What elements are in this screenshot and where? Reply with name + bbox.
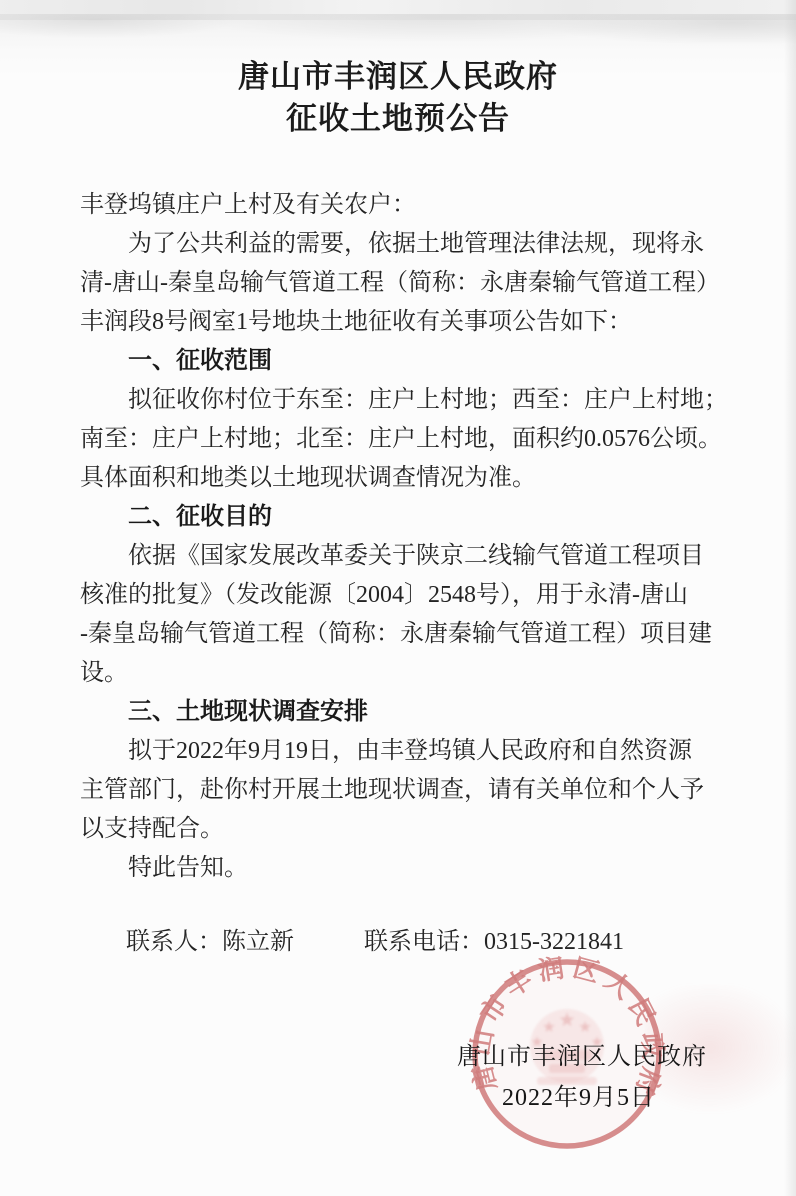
document-body: 丰登坞镇庄户上村及有关农户：为了公共利益的需要，依据土地管理法律法规，现将永清-… — [80, 186, 720, 888]
body-line: 特此告知。 — [80, 849, 720, 888]
body-line: 核准的批复》（发改能源〔2004〕2548号），用于永清-唐山 — [80, 576, 720, 615]
contact-person-label: 联系人： — [126, 929, 222, 955]
section-heading: 三、土地现状调查安排 — [80, 693, 720, 732]
issuer-signature: 唐山市丰润区人民政府 — [457, 1036, 707, 1071]
body-line: 拟于2022年9月19日，由丰登坞镇人民政府和自然资源 — [80, 732, 720, 771]
body-line: 具体面积和地类以土地现状调查情况为准。 — [80, 459, 720, 498]
body-line: 以支持配合。 — [80, 810, 720, 849]
contact-phone-number: 0315-3221841 — [484, 929, 624, 955]
scanned-document-page: 唐山市丰润区人民政府 征收土地预公告 丰登坞镇庄户上村及有关农户：为了公共利益的… — [0, 0, 796, 1196]
section-heading: 二、征收目的 — [80, 498, 720, 537]
body-line: 丰润段8号阀室1号地块土地征收有关事项公告如下： — [80, 303, 720, 342]
body-line: 依据《国家发展改革委关于陕京二线输气管道工程项目 — [80, 537, 720, 576]
body-line: 为了公共利益的需要，依据土地管理法律法规，现将永 — [80, 225, 720, 264]
body-line: -秦皇岛输气管道工程（简称：永唐秦输气管道工程）项目建 — [80, 615, 720, 654]
section-heading: 一、征收范围 — [80, 342, 720, 381]
body-line: 南至：庄户上村地；北至：庄户上村地，面积约0.0576公顷。 — [80, 420, 720, 459]
issue-date: 2022年9月5日 — [502, 1077, 655, 1112]
body-line: 设。 — [80, 654, 720, 693]
body-line: 主管部门，赴你村开展土地现状调查，请有关单位和个人予 — [80, 771, 720, 810]
body-line: 拟征收你村位于东至：庄户上村地；西至：庄户上村地； — [80, 381, 720, 420]
page-title-line1: 唐山市丰润区人民政府 — [0, 56, 796, 98]
contact-phone-label: 联系电话： — [364, 929, 484, 955]
page-title-line2: 征收土地预公告 — [0, 98, 796, 140]
body-line: 丰登坞镇庄户上村及有关农户： — [80, 186, 720, 225]
body-line: 清-唐山-秦皇岛输气管道工程（简称：永唐秦输气管道工程） — [80, 264, 720, 303]
document-title: 唐山市丰润区人民政府 征收土地预公告 — [0, 56, 796, 140]
contact-person-name: 陈立新 — [222, 929, 294, 955]
